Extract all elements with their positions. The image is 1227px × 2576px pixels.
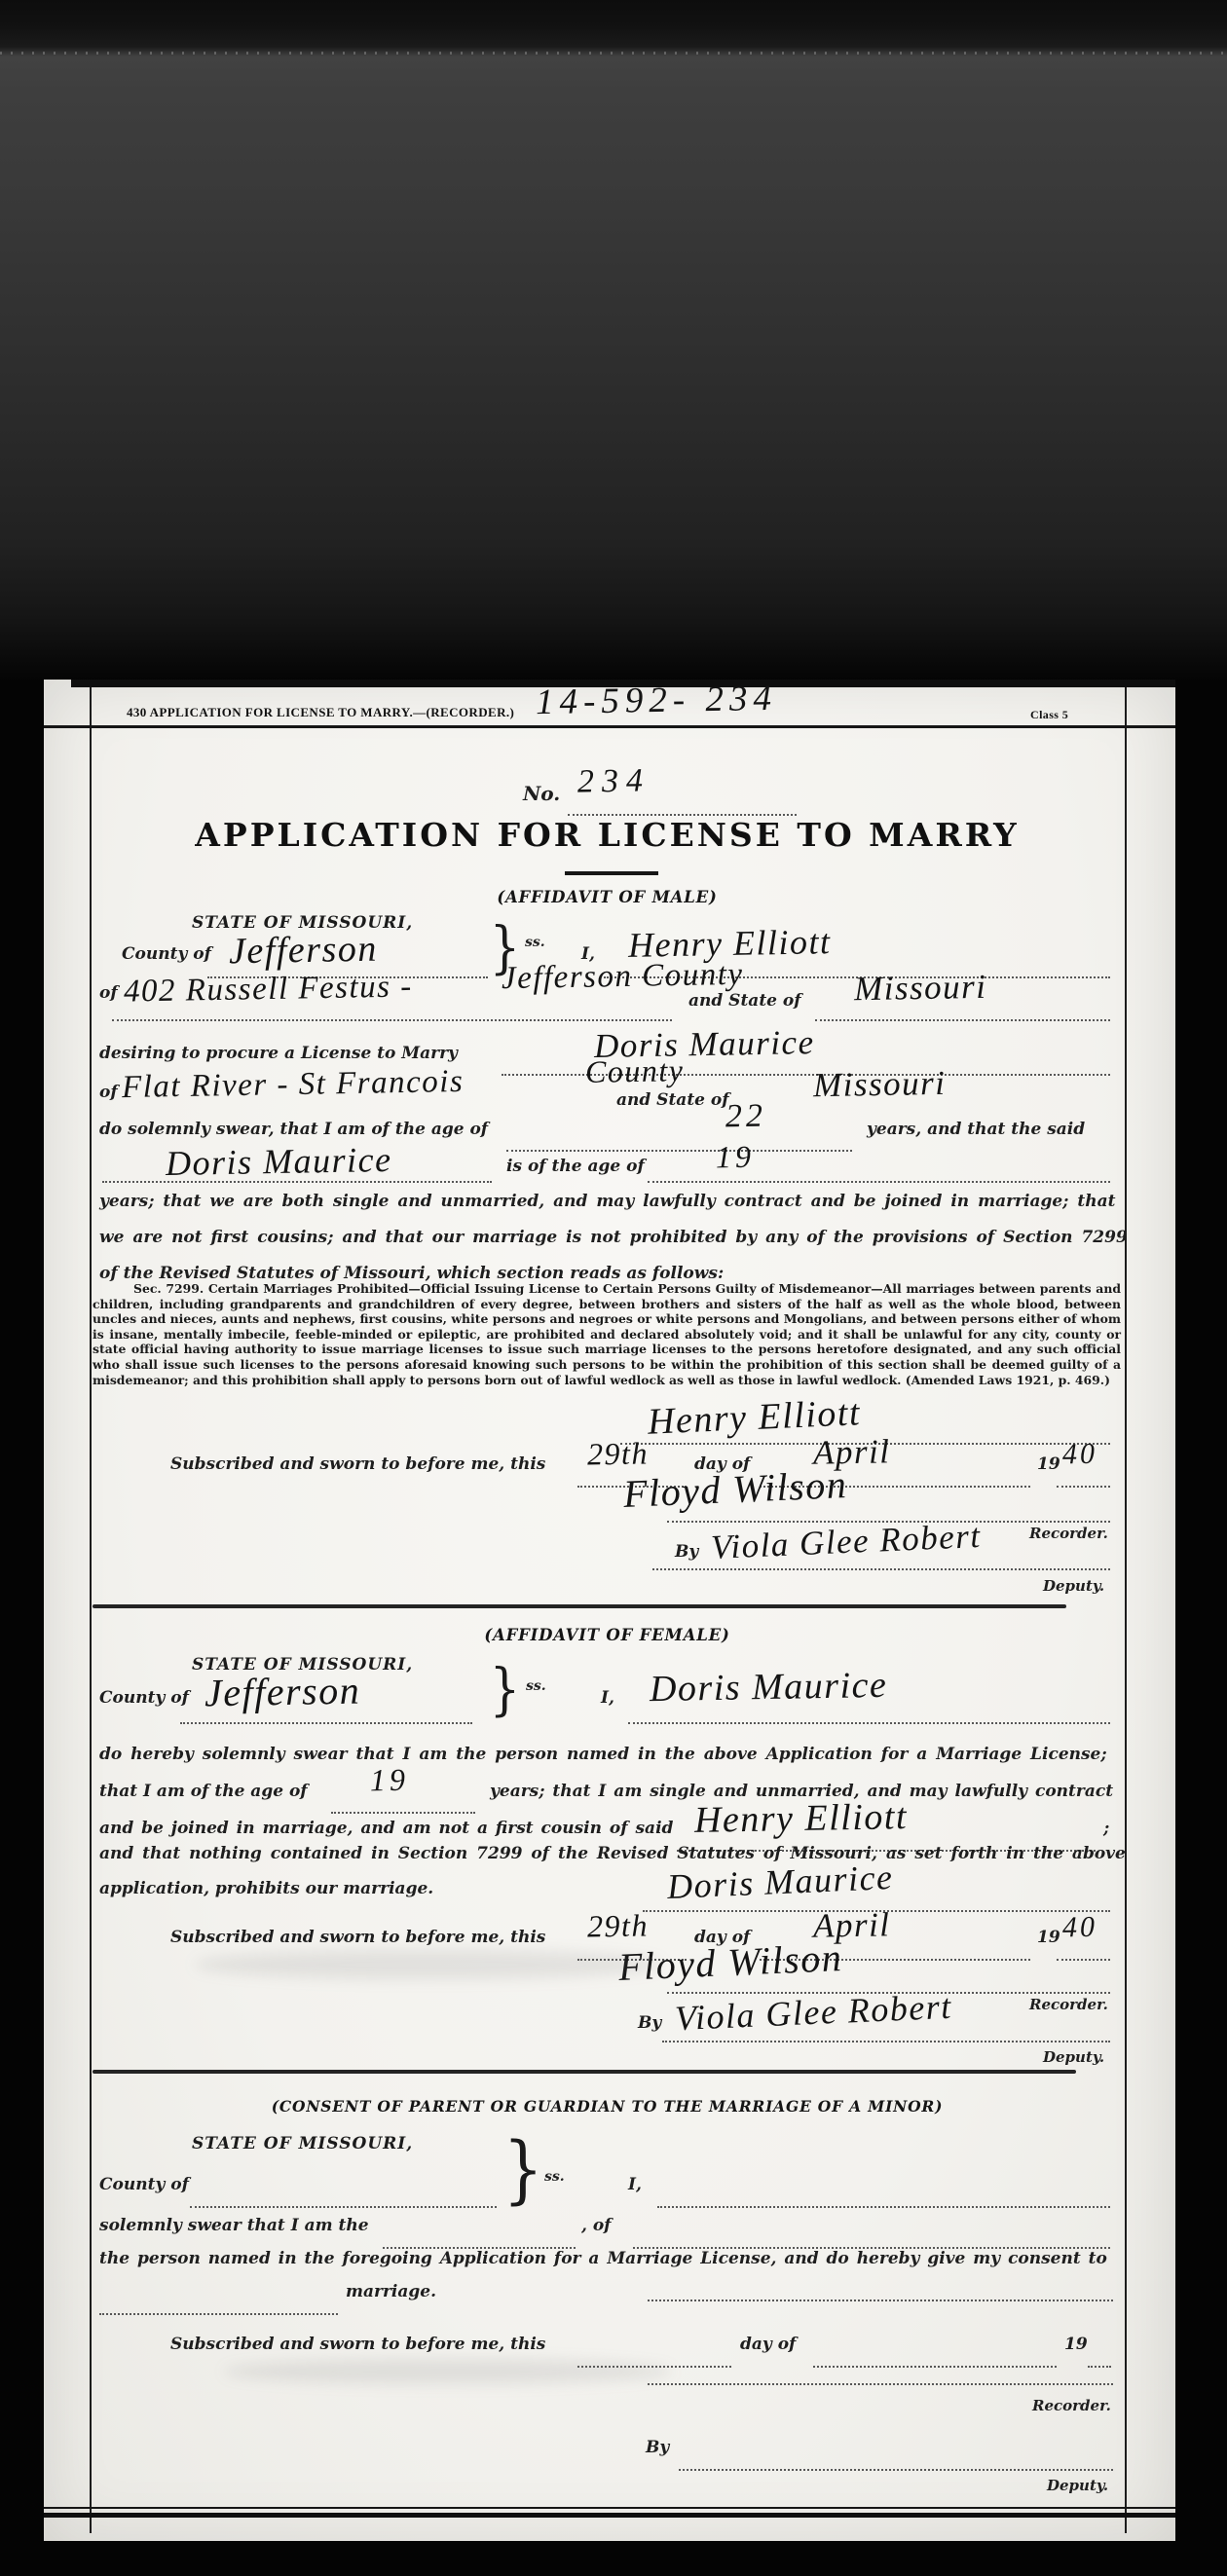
female-by-label: By	[638, 2013, 661, 2033]
male-bride-of-label: of	[99, 1083, 118, 1102]
male-said-name-value: Doris Maurice	[166, 1139, 392, 1184]
ss-brace-consent: }	[503, 2132, 543, 2206]
consent-month-blank	[813, 2364, 1057, 2368]
consent-by-label: By	[646, 2438, 669, 2457]
consent-year-blank	[1088, 2364, 1111, 2368]
consent-deputy-blank	[679, 2467, 1113, 2471]
statute-text: Sec. 7299. Certain Marriages Prohibited—…	[93, 1281, 1121, 1387]
female-county-value: Jefferson	[204, 1668, 361, 1716]
female-year-value: 40	[1062, 1911, 1098, 1945]
consent-recorder-label: Recorder.	[1032, 2397, 1111, 2414]
male-deputy-label: Deputy.	[1043, 1577, 1104, 1595]
male-deputy-blank	[652, 1566, 1110, 1570]
document-page: 430 APPLICATION FOR LICENSE TO MARRY.—(R…	[44, 680, 1175, 2541]
male-residence-state-value: Missouri	[854, 968, 987, 1009]
class-label: Class 5	[1030, 708, 1068, 722]
scan-smudge-2	[224, 2359, 672, 2384]
male-recorder-signature: Floyd Wilson	[622, 1461, 848, 1517]
female-year-blank	[1057, 1957, 1110, 1961]
male-county-label: County of	[122, 944, 211, 964]
scan-smudge-1	[195, 1950, 662, 1979]
consent-swear-lead: solemnly swear that I am the	[99, 2216, 369, 2235]
consent-state-label: STATE OF MISSOURI,	[192, 2134, 413, 2153]
male-residence-state-blank	[815, 1017, 1110, 1021]
male-bride-state-value: Missouri	[813, 1064, 947, 1105]
male-subscribed-label: Subscribed and sworn to before me, this	[170, 1454, 545, 1474]
male-bride-county-value: County	[585, 1052, 685, 1090]
left-border-rule	[90, 687, 92, 2533]
header-rule	[44, 725, 1175, 728]
consent-heading: (CONSENT OF PARENT OR GUARDIAN TO THE MA…	[90, 2097, 1125, 2116]
male-clause3: of the Revised Statutes of Missouri, whi…	[99, 1264, 724, 1283]
handwritten-file-number: 14-592- 234	[536, 678, 778, 723]
consent-recorder-blank	[648, 2381, 1113, 2385]
female-year-prefix: 19	[1037, 1928, 1060, 1947]
male-year-value: 40	[1062, 1438, 1098, 1472]
male-age-tail: years, and that the said	[867, 1120, 1085, 1139]
male-year-blank	[1057, 1484, 1110, 1488]
female-deputy-label: Deputy.	[1043, 2048, 1104, 2066]
female-semicolon: ;	[1103, 1819, 1109, 1838]
male-clause1: years; that we are both single and unmar…	[99, 1192, 1115, 1211]
female-line3: application, prohibits our marriage.	[99, 1879, 433, 1898]
consent-county-blank	[190, 2204, 497, 2208]
female-day-value: 29th	[587, 1907, 650, 1944]
consent-of-label: , of	[581, 2216, 612, 2235]
female-age-blank	[331, 1810, 475, 1814]
male-recorder-label: Recorder.	[1029, 1525, 1108, 1542]
female-groom-name-value: Henry Elliott	[694, 1795, 909, 1842]
bottom-thick-rule	[44, 2513, 1175, 2518]
male-affidavit-heading: (AFFIDAVIT OF MALE)	[90, 888, 1125, 906]
male-day-value: 29th	[587, 1435, 650, 1472]
document-title: APPLICATION FOR LICENSE TO MARRY	[90, 816, 1125, 854]
consent-signature-blank	[648, 2298, 1113, 2301]
male-is-age-label: is of the age of	[506, 1157, 645, 1176]
male-residence-value: 402 Russell Festus -	[124, 969, 413, 1010]
female-county-blank	[180, 1720, 472, 1724]
consent-county-label: County of	[99, 2175, 189, 2194]
female-county-label: County of	[99, 1688, 189, 1708]
male-age-blank	[506, 1148, 852, 1152]
female-i-label: I,	[601, 1688, 614, 1708]
female-cousin-lead: and be joined in marriage, and am not a …	[99, 1819, 673, 1838]
male-residence-blank	[112, 1017, 672, 1021]
female-line1: do hereby solemnly swear that I am the p…	[99, 1745, 1107, 1764]
ss-brace-female: }	[490, 1661, 520, 1717]
male-and-state-of-label: and State of	[688, 991, 801, 1011]
male-age-lead: do solemnly swear, that I am of the age …	[99, 1120, 488, 1139]
bottom-thin-rule	[44, 2507, 1175, 2509]
consent-year-prefix: 19	[1064, 2335, 1088, 2354]
section-divider-2	[93, 2070, 1076, 2074]
male-age-value: 22	[725, 1098, 767, 1136]
consent-deputy-label: Deputy.	[1047, 2477, 1108, 2494]
consent-marriage-label: marriage.	[346, 2282, 436, 2301]
male-said-name-blank	[102, 1179, 492, 1183]
consent-day-of-label: day of	[740, 2335, 796, 2354]
male-ss-label: ss.	[525, 935, 545, 950]
female-subscribed-label: Subscribed and sworn to before me, this	[170, 1928, 545, 1947]
male-by-label: By	[675, 1542, 698, 1562]
section-divider-1	[93, 1604, 1066, 1608]
female-signature: Doris Maurice	[666, 1857, 894, 1907]
consent-ss-label: ss.	[544, 2169, 565, 2185]
title-rule	[565, 871, 658, 875]
film-leader-background	[0, 0, 1227, 681]
male-bride-and-state-of-label: and State of	[616, 1090, 729, 1110]
right-border-rule	[1125, 687, 1127, 2533]
male-of-label: of	[99, 983, 118, 1003]
consent-whose-blank	[99, 2311, 338, 2315]
male-said-age-value: 19	[716, 1139, 756, 1176]
form-reference: 430 APPLICATION FOR LICENSE TO MARRY.—(R…	[127, 705, 514, 720]
female-line2: and that nothing contained in Section 72…	[99, 1844, 1126, 1863]
female-age-lead: that I am of the age of	[99, 1782, 308, 1801]
consent-person-line: the person named in the foregoing Applic…	[99, 2249, 1107, 2268]
no-value-handwritten: 234	[577, 762, 651, 800]
consent-subscribed-label: Subscribed and sworn to before me, this	[170, 2335, 545, 2354]
male-desiring-label: desiring to procure a License to Marry	[99, 1044, 458, 1063]
male-year-prefix: 19	[1037, 1454, 1060, 1474]
female-recorder-label: Recorder.	[1029, 1996, 1108, 2013]
male-county-value: Jefferson	[229, 928, 379, 974]
female-name-value: Doris Maurice	[650, 1664, 888, 1711]
scanned-microfilm-frame: { "glyphs": { "brace": "}" }, "header": …	[0, 0, 1227, 2576]
male-clause2: we are not first cousins; and that our m…	[99, 1228, 1128, 1247]
no-label: No.	[523, 782, 560, 805]
consent-name-blank	[657, 2204, 1110, 2208]
female-affidavit-heading: (AFFIDAVIT OF FEMALE)	[90, 1626, 1125, 1644]
female-name-blank	[628, 1720, 1110, 1724]
female-age-value: 19	[370, 1762, 410, 1799]
film-scratch-speckles	[0, 52, 1227, 55]
female-deputy-blank	[662, 2039, 1110, 2042]
male-bride-residence-value: Flat River - St Francois	[122, 1064, 465, 1106]
consent-i-label: I,	[628, 2175, 642, 2194]
male-deputy-signature: Viola Glee Robert	[710, 1517, 982, 1567]
female-ss-label: ss.	[526, 1678, 546, 1694]
male-said-age-blank	[648, 1179, 1110, 1183]
